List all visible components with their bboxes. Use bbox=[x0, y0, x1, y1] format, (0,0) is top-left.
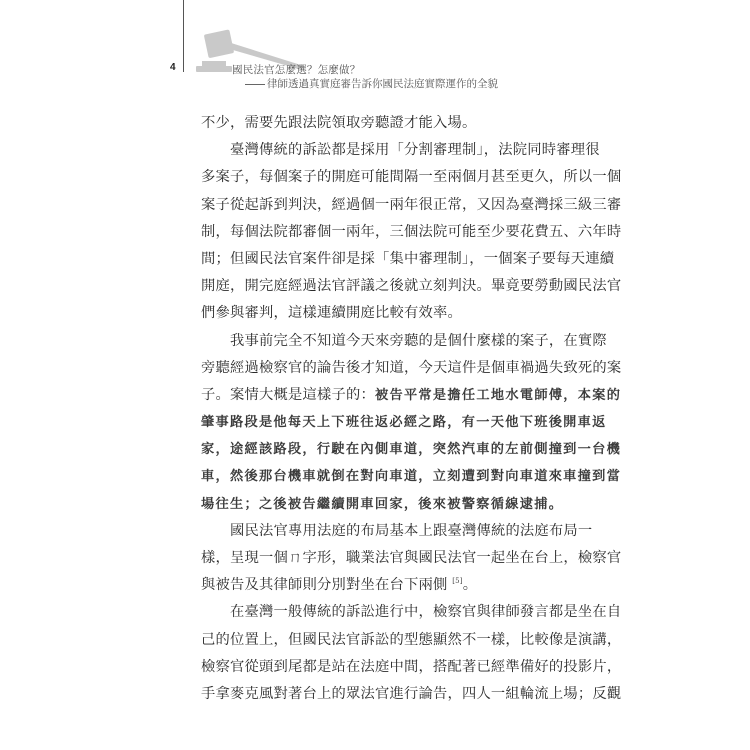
text-line: 多案子，每個案子的開庭可能間隔一至兩個月甚至更久，所以一個 bbox=[201, 164, 573, 191]
page-number: 4 bbox=[170, 62, 176, 73]
text-line: 在臺灣一般傳統的訴訟進行中，檢察官與律師發言都是坐在自 bbox=[201, 599, 573, 626]
text-segment: 子。案情大概是這樣子的： bbox=[201, 387, 375, 403]
text-line: 開庭，開完庭經過法官評議之後就立刻判決。畢竟要勞動國民法官 bbox=[201, 273, 573, 300]
text-line: 己的位置上，但國民法官訴訟的型態顯然不一樣，比較像是演講， bbox=[201, 627, 573, 654]
text-segment: 與被告及其律師則分別對坐在台下兩側 bbox=[201, 577, 447, 593]
text-line: 旁聽經過檢察官的論告後才知道，今天這件是個車禍過失致死的案 bbox=[201, 355, 573, 382]
text-line: 臺灣傳統的訴訟都是採用「分割審理制」，法院同時審理很 bbox=[201, 137, 573, 164]
text-line: 手拿麥克風對著台上的眾法官進行論告，四人一組輪流上場；反觀 bbox=[201, 681, 573, 708]
case-summary-quote: 場往生；之後被告繼續開車回家，後來被警察循線逮捕。 bbox=[201, 491, 573, 518]
case-summary-quote: 家，途經該路段，行駛在內側車道，突然汽車的左前側撞到一台機 bbox=[201, 436, 573, 463]
text-line: 國民法官專用法庭的布局基本上跟臺灣傳統的法庭布局一 bbox=[201, 518, 573, 545]
running-header-subtitle: 律師透過真實庭審告訴你國民法庭實際運作的全貌 bbox=[245, 76, 498, 91]
subtitle-text: 律師透過真實庭審告訴你國民法庭實際運作的全貌 bbox=[267, 78, 498, 90]
text-line: 我事前完全不知道今天來旁聽的是個什麼樣的案子，在實際 bbox=[201, 328, 573, 355]
case-summary-quote: 車，然後那台機車就倒在對向車道，立刻遭到對向車道來車撞到當 bbox=[201, 463, 573, 490]
text-line: 案子從起訴到判決，經過個一兩年很正常，又因為臺灣採三級三審 bbox=[201, 192, 573, 219]
text-line: 樣，呈現一個ㄇ字形，職業法官與國民法官一起坐在台上，檢察官 bbox=[201, 545, 573, 572]
text-line: 檢察官從頭到尾都是站在法庭中間，搭配著已經準備好的投影片， bbox=[201, 654, 573, 681]
header-divider-line bbox=[183, 0, 184, 72]
footnote-ref[interactable]: [5] bbox=[452, 577, 463, 585]
case-summary-quote: 被告平常是擔任工地水電師傅，本案的 bbox=[375, 388, 621, 403]
page-body: 不少，需要先跟法院領取旁聽證才能入場。 臺灣傳統的訴訟都是採用「分割審理制」，法… bbox=[201, 110, 573, 708]
case-summary-quote: 肇事路段是他每天上下班往返必經之路，有一天他下班後開車返 bbox=[201, 409, 573, 436]
text-line: 們參與審判，這樣連續開庭比較有效率。 bbox=[201, 300, 573, 327]
text-segment: 。 bbox=[463, 577, 478, 593]
text-line: 子。案情大概是這樣子的：被告平常是擔任工地水電師傅，本案的 bbox=[201, 382, 573, 409]
running-header-title: 國民法官怎麼選？怎麼做？ bbox=[232, 62, 360, 77]
dash-rule bbox=[245, 84, 265, 85]
text-line: 與被告及其律師則分別對坐在台下兩側 [5]。 bbox=[201, 572, 573, 599]
text-line: 不少，需要先跟法院領取旁聽證才能入場。 bbox=[201, 110, 573, 137]
text-line: 制，每個法院都審個一兩年，三個法院可能至少要花費五、六年時 bbox=[201, 219, 573, 246]
text-line: 間；但國民法官案件卻是採「集中審理制」，一個案子要每天連續 bbox=[201, 246, 573, 273]
